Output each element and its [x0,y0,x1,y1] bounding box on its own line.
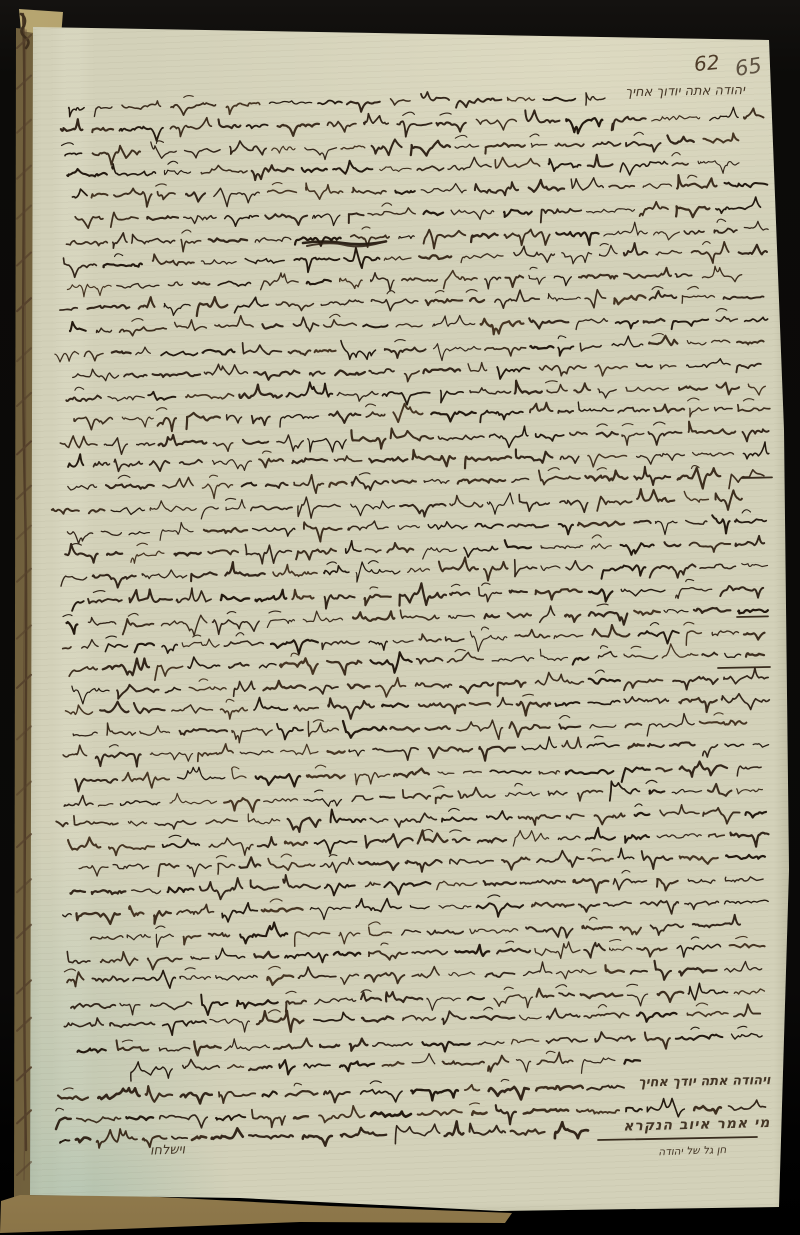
marginal-note-text: חן גל של יהודה [658,1144,726,1158]
catchword-text: וישלחו [150,1142,186,1158]
opening-line-text: יהודה אתה יודוך אחיך [625,83,745,100]
binding-stitches [17,14,31,1180]
final-paragraph-opening-text: ויהודה אתה יודך אחיך [638,1073,771,1091]
scribal-marks [303,241,772,1140]
folio-number-left: 62 [693,50,720,76]
folio-number-right: 65 [733,53,763,81]
manuscript-scan: 62 65 יהודה אתה יודוך אחיך ויהודה אתה יו… [0,0,800,1235]
ink-layer [0,0,800,1235]
handwritten-text-block [52,92,770,1148]
